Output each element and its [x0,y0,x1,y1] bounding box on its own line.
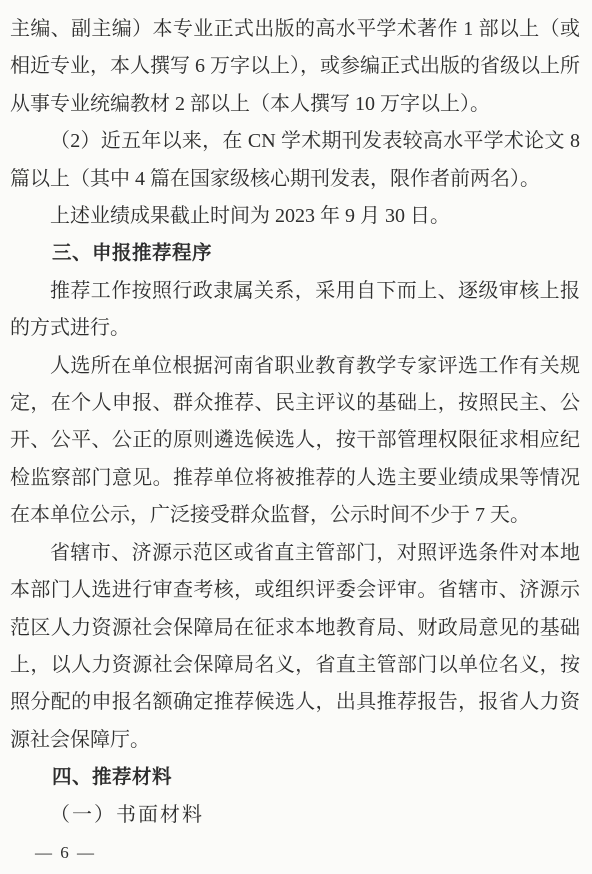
document-page: 主编、副主编）本专业正式出版的高水平学术著作 1 部以上（或相近专业，本人撰写 … [0,0,592,874]
paragraph-item2-journal-papers: （2）近五年以来，在 CN 学术期刊发表较高水平学术论文 8 篇以上（其中 4 … [10,123,580,198]
paragraph-unit-selection-process: 人选所在单位根据河南省职业教育教学专家评选工作有关规定，在个人申报、群众推荐、民… [10,348,580,535]
paragraph-procedure-overview: 推荐工作按照行政隶属关系，采用自下而上、逐级审核上报的方式进行。 [10,273,580,348]
paragraph-achievement-deadline: 上述业绩成果截止时间为 2023 年 9 月 30 日。 [10,198,580,235]
page-number: — 6 — [10,834,580,871]
document-body: 主编、副主编）本专业正式出版的高水平学术著作 1 部以上（或相近专业，本人撰写 … [10,11,580,871]
paragraph-city-level-review: 省辖市、济源示范区或省直主管部门，对照评选条件对本地本部门人选进行审查考核，或组… [10,535,580,759]
section3-heading: 三、申报推荐程序 [10,235,580,272]
section4-heading: 四、推荐材料 [10,759,580,796]
subsection-heading-written-materials: （一）书面材料 [10,797,580,834]
paragraph-academic-works-continuation: 主编、副主编）本专业正式出版的高水平学术著作 1 部以上（或相近专业，本人撰写 … [10,11,580,123]
